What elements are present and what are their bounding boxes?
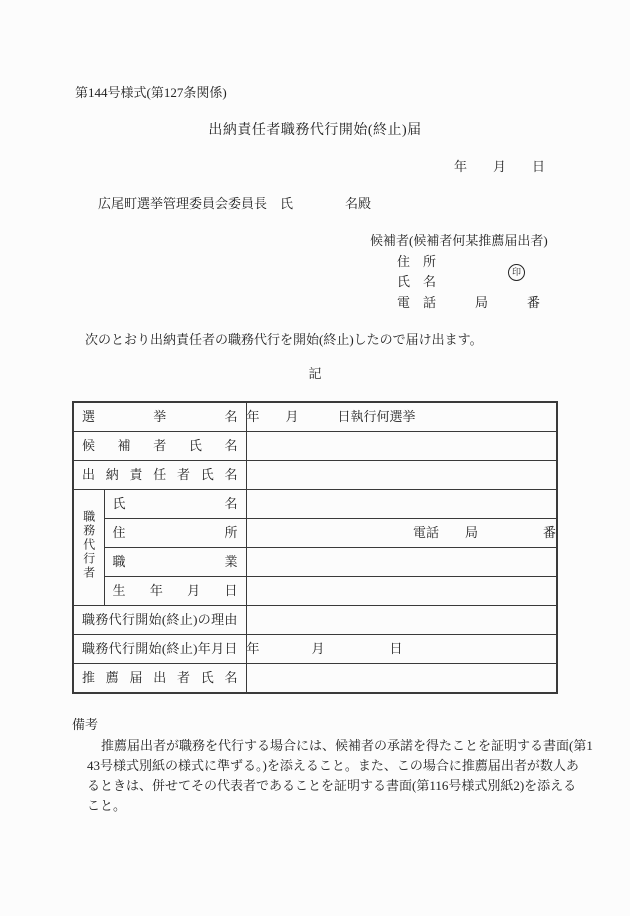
deputy-occupation-label-cell: 職業 — [104, 548, 246, 577]
appointment-table: 選挙名 年 月 日執行何選挙 候補者氏名 出納責任者氏名 職務代行者 — [72, 401, 558, 694]
election-name-value: 年 月 日執行何選挙 — [246, 402, 557, 432]
sender-heading: 候補者(候補者何某推薦届出者) — [370, 232, 548, 250]
reason-value — [246, 606, 557, 635]
reason-label: 職務代行開始(終止)の理由 — [74, 611, 246, 629]
deputy-address-label-cell: 住所 — [104, 519, 246, 548]
row-nominator-name: 推薦届出者氏名 — [73, 664, 557, 694]
row-reason: 職務代行開始(終止)の理由 — [73, 606, 557, 635]
deputy-name-label: 氏名 — [105, 495, 246, 513]
row-candidate-name: 候補者氏名 — [73, 432, 557, 461]
nominator-name-value — [246, 664, 557, 694]
reason-label-cell: 職務代行開始(終止)の理由 — [73, 606, 246, 635]
treasurer-name-value — [246, 461, 557, 490]
record-heading: 記 — [0, 365, 630, 383]
remarks-paragraph: 推薦届出者が職務を代行する場合には、候補者の承諾を得たことを証明する書面(第1 … — [87, 736, 593, 816]
remarks-line: るときは、併せてその代表者であることを証明する書面(第116号様式別紙2)を添え… — [87, 776, 593, 796]
row-election-name: 選挙名 年 月 日執行何選挙 — [73, 402, 557, 432]
issue-date-line: 年 月 日 — [454, 158, 545, 176]
election-name-label-cell: 選挙名 — [73, 402, 246, 432]
form-number: 第144号様式(第127条関係) — [75, 84, 227, 102]
remarks-line: 43号様式別紙の様式に準ずる。)を添えること。また、この場合に推薦届出者が数人あ — [87, 756, 593, 776]
deputy-birthdate-value — [246, 577, 557, 606]
statement-text: 次のとおり出納責任者の職務代行を開始(終止)したので届け出ます。 — [85, 331, 483, 349]
sender-name-label: 氏 名 — [397, 273, 436, 291]
row-start-date: 職務代行開始(終止)年月日 年 月 日 — [73, 635, 557, 664]
nominator-name-label: 推薦届出者氏名 — [74, 669, 246, 687]
remarks-heading: 備考 — [72, 716, 98, 734]
deputy-group-label-cell: 職務代行者 — [73, 490, 104, 606]
row-deputy-birthdate: 生年月日 — [73, 577, 557, 606]
deputy-group-label: 職務代行者 — [83, 510, 95, 580]
form-page: 第144号様式(第127条関係) 出納責任者職務代行開始(終止)届 年 月 日 … — [0, 0, 630, 916]
sender-address-label: 住 所 — [397, 253, 436, 271]
candidate-name-label: 候補者氏名 — [74, 437, 246, 455]
row-deputy-address: 住所 電話 局 番 — [73, 519, 557, 548]
start-date-label: 職務代行開始(終止)年月日 — [74, 640, 246, 658]
seal-icon: 印 — [508, 264, 525, 281]
election-name-label: 選挙名 — [74, 408, 246, 426]
deputy-address-value: 電話 局 番 — [246, 519, 557, 548]
form-title: 出納責任者職務代行開始(終止)届 — [0, 122, 630, 141]
nominator-name-label-cell: 推薦届出者氏名 — [73, 664, 246, 694]
remarks-line: 推薦届出者が職務を代行する場合には、候補者の承諾を得たことを証明する書面(第1 — [87, 736, 593, 756]
row-deputy-occupation: 職業 — [73, 548, 557, 577]
deputy-occupation-value — [246, 548, 557, 577]
start-date-label-cell: 職務代行開始(終止)年月日 — [73, 635, 246, 664]
row-deputy-name: 職務代行者 氏名 — [73, 490, 557, 519]
deputy-name-value — [246, 490, 557, 519]
addressee-line: 広尾町選挙管理委員会委員長 氏 名殿 — [98, 195, 371, 213]
row-treasurer-name: 出納責任者氏名 — [73, 461, 557, 490]
treasurer-name-label-cell: 出納責任者氏名 — [73, 461, 246, 490]
deputy-birthdate-label-cell: 生年月日 — [104, 577, 246, 606]
deputy-birthdate-label: 生年月日 — [105, 582, 246, 600]
start-date-value: 年 月 日 — [246, 635, 557, 664]
candidate-name-label-cell: 候補者氏名 — [73, 432, 246, 461]
remarks-line: こと。 — [87, 796, 593, 816]
seal-character: 印 — [512, 267, 521, 277]
sender-phone-line: 電 話 局 番 — [397, 294, 540, 312]
candidate-name-value — [246, 432, 557, 461]
deputy-address-label: 住所 — [105, 524, 246, 542]
treasurer-name-label: 出納責任者氏名 — [74, 466, 246, 484]
deputy-occupation-label: 職業 — [105, 553, 246, 571]
deputy-name-label-cell: 氏名 — [104, 490, 246, 519]
